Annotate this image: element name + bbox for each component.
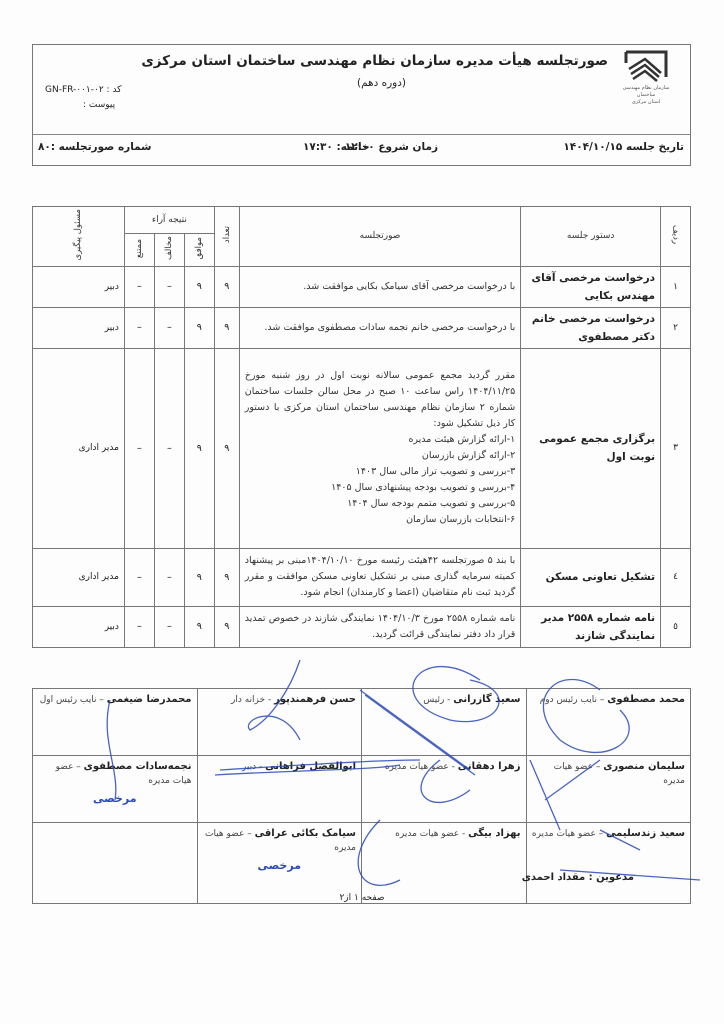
signature-cell: سعید زندسلیمی – عضو هیات مدیره [526,823,691,904]
oppose-value: – [154,307,184,348]
signature-row: سلیمان منصوری – عضو هیات مدیره زهرا دهقا… [33,756,691,823]
count-value: ۹ [214,266,239,307]
attachment-label: پیوست : [83,100,115,110]
agenda-item: درخواست مرخصی خانم دکتر مصطفوی [521,307,661,348]
signer-role: – عضو هیات مدیره [532,829,603,839]
oppose-value: – [154,606,184,647]
responsible-value: دبیر [33,266,125,307]
abstain-value: – [124,348,154,548]
signature-cell: حسن فرهمندپور - خزانه دار [197,689,362,756]
header-vote-result: نتیجه آراء [124,207,214,234]
agree-value: ۹ [184,548,214,606]
row-number: ۳ [661,348,691,548]
header-minutes: صورتجلسه [239,207,520,267]
header-count: تعداد [214,207,239,267]
table-row: ۲ درخواست مرخصی خانم دکتر مصطفوی با درخو… [33,307,691,348]
agenda-item: درخواست مرخصی آقای مهندس بکایی [521,266,661,307]
meeting-date: تاریخ جلسه ۱۴۰۴/۱۰/۱۵ [563,141,684,153]
signer-name: سعید گازرانی [453,694,520,705]
signer-role: – نایب رئیس اول [40,695,104,705]
minutes-paragraph: مقرر گردید مجمع عمومی سالانه نوبت اول در… [245,368,515,432]
count-value: ۹ [214,348,239,548]
signature-cell: سلیمان منصوری – عضو هیات مدیره [526,756,691,823]
signer-name: محمدرضا ضیغمی [107,694,192,705]
oppose-value: – [154,548,184,606]
signer-role: - دبیر [242,762,262,772]
signer-role: - خزانه دار [231,695,271,705]
header-row-no: ردیف [661,207,691,267]
responsible-value: دبیر [33,307,125,348]
signature-cell: زهرا دهقانی - عضو هیات مدیره [362,756,527,823]
signature-cell-empty [33,823,198,904]
header-oppose: مخالف [154,233,184,266]
agenda-item: نامه شماره ۲۵۵۸ مدیر نمایندگی شازند [521,606,661,647]
sublist-item: ۲-ارائه گزارش بازرسان [245,448,515,464]
signer-role: - رئیس [423,695,450,705]
document-page: سازمان نظام مهندسی ساختمان استان مرکزی ص… [0,0,724,1024]
signer-name: بهزاد بیگی [468,828,520,839]
header-divider [33,134,690,135]
agenda-sublist: ۱-ارائه گزارش هیئت مدیره ۲-ارائه گزارش ب… [245,432,515,528]
row-number: ۱ [661,266,691,307]
minutes-number: شماره صورتجلسه :۸۰ [38,141,152,153]
agree-value: ۹ [184,307,214,348]
signature-cell: محمدرضا ضیغمی – نایب رئیس اول [33,689,198,756]
table-header-row: ردیف دستور جلسه صورتجلسه تعداد نتیجه آرا… [33,207,691,234]
row-number: ٥ [661,606,691,647]
responsible-value: دبیر [33,606,125,647]
document-subtitle: (دوره دهم) [33,77,690,89]
invitees-label: مدعوین : مقداد احمدی [522,872,634,883]
header-abstain: ممتنع [124,233,154,266]
header-responsible: مسئول پیگیری [33,207,125,267]
header-agenda: دستور جلسه [521,207,661,267]
leave-note: مرخصی [203,859,357,873]
signer-role: - عضو هیات مدیره [385,762,455,772]
sublist-item: ۵-بررسی و تصویب متمم بودجه سال ۱۴۰۴ [245,496,515,512]
signer-name: ابوالفضل فراهانی [265,761,356,772]
form-code: کد : GN-FR-۰۰۱-۰۲ [45,85,121,95]
abstain-value: – [124,548,154,606]
table-row: ۳ برگزاری مجمع عمومی نوبت اول مقرر گردید… [33,348,691,548]
count-value: ۹ [214,606,239,647]
signer-role: – نایب رئیس دوم [540,695,605,705]
signer-name: زهرا دهقانی [458,761,521,772]
minutes-text: با درخواست مرخصی آقای سیامک بکایی موافقت… [239,266,520,307]
minutes-text: نامه شماره ۲۵۵۸ مورخ ۱۴۰۴/۱۰/۳ نمایندگی … [239,606,520,647]
table-row: ٤ تشکیل تعاونی مسکن با بند ۵ صورتجلسه ۴۲… [33,548,691,606]
signer-name: نجمه‌سادات مصطفوی [84,761,192,772]
signature-row: محمد مصطفوی – نایب رئیس دوم سعید گازرانی… [33,689,691,756]
abstain-value: – [124,266,154,307]
sublist-item: ۴-بررسی و تصویب بودجه پیشنهادی سال ۱۴۰۵ [245,480,515,496]
agenda-item: تشکیل تعاونی مسکن [521,548,661,606]
count-value: ۹ [214,307,239,348]
responsible-value: مدیر اداری [33,548,125,606]
sublist-item: ۶-انتخابات بازرسان سازمان [245,512,515,528]
row-number: ٤ [661,548,691,606]
agree-value: ۹ [184,606,214,647]
signer-name: سعید زندسلیمی [606,828,685,839]
minutes-text: با بند ۵ صورتجلسه ۴۲هیئت رئیسه مورخ ۱۴۰۴… [239,548,520,606]
minutes-text: مقرر گردید مجمع عمومی سالانه نوبت اول در… [239,348,520,548]
logo-text-line2: استان مرکزی [616,99,676,106]
signature-cell: سیامک بکائی عراقی – عضو هیات مدیرهمرخصی [197,823,362,904]
table-row: ٥ نامه شماره ۲۵۵۸ مدیر نمایندگی شازند نا… [33,606,691,647]
signer-name: محمد مصطفوی [607,694,685,705]
signature-cell: ابوالفضل فراهانی - دبیر [197,756,362,823]
table-row: ۱ درخواست مرخصی آقای مهندس بکایی با درخو… [33,266,691,307]
header-agree: موافق [184,233,214,266]
leave-note: مرخصی [38,792,192,806]
row-number: ۲ [661,307,691,348]
end-time: خاتمه: ۱۷:۳۰ [303,141,370,153]
signer-name: حسن فرهمندپور [274,694,356,705]
sublist-item: ۱-ارائه گزارش هیئت مدیره [245,432,515,448]
oppose-value: – [154,266,184,307]
signer-name: سلیمان منصوری [603,761,685,772]
signature-cell: نجمه‌سادات مصطفوی – عضو هیات مدیرهمرخصی [33,756,198,823]
count-value: ۹ [214,548,239,606]
minutes-text: با درخواست مرخصی خانم نجمه سادات مصطفوی … [239,307,520,348]
sublist-item: ۳-بررسی و تصویب تراز مالی سال ۱۴۰۳ [245,464,515,480]
signer-role: - عضو هیات مدیره [395,829,465,839]
agree-value: ۹ [184,348,214,548]
signature-cell: بهزاد بیگی - عضو هیات مدیره [362,823,527,904]
minutes-table: ردیف دستور جلسه صورتجلسه تعداد نتیجه آرا… [32,206,691,648]
signature-cell: سعید گازرانی - رئیس [362,689,527,756]
page-number: صفحه ۱ از۲ [0,893,724,903]
oppose-value: – [154,348,184,548]
header-box: سازمان نظام مهندسی ساختمان استان مرکزی ص… [32,44,691,166]
signature-cell: محمد مصطفوی – نایب رئیس دوم [526,689,691,756]
abstain-value: – [124,606,154,647]
abstain-value: – [124,307,154,348]
document-title: صورتجلسه هیأت مدیره سازمان نظام مهندسی س… [141,53,608,69]
signer-name: سیامک بکائی عراقی [255,828,356,839]
agree-value: ۹ [184,266,214,307]
signature-row: سعید زندسلیمی – عضو هیات مدیره بهزاد بیگ… [33,823,691,904]
agenda-item: برگزاری مجمع عمومی نوبت اول [521,348,661,548]
responsible-value: مدیر اداری [33,348,125,548]
